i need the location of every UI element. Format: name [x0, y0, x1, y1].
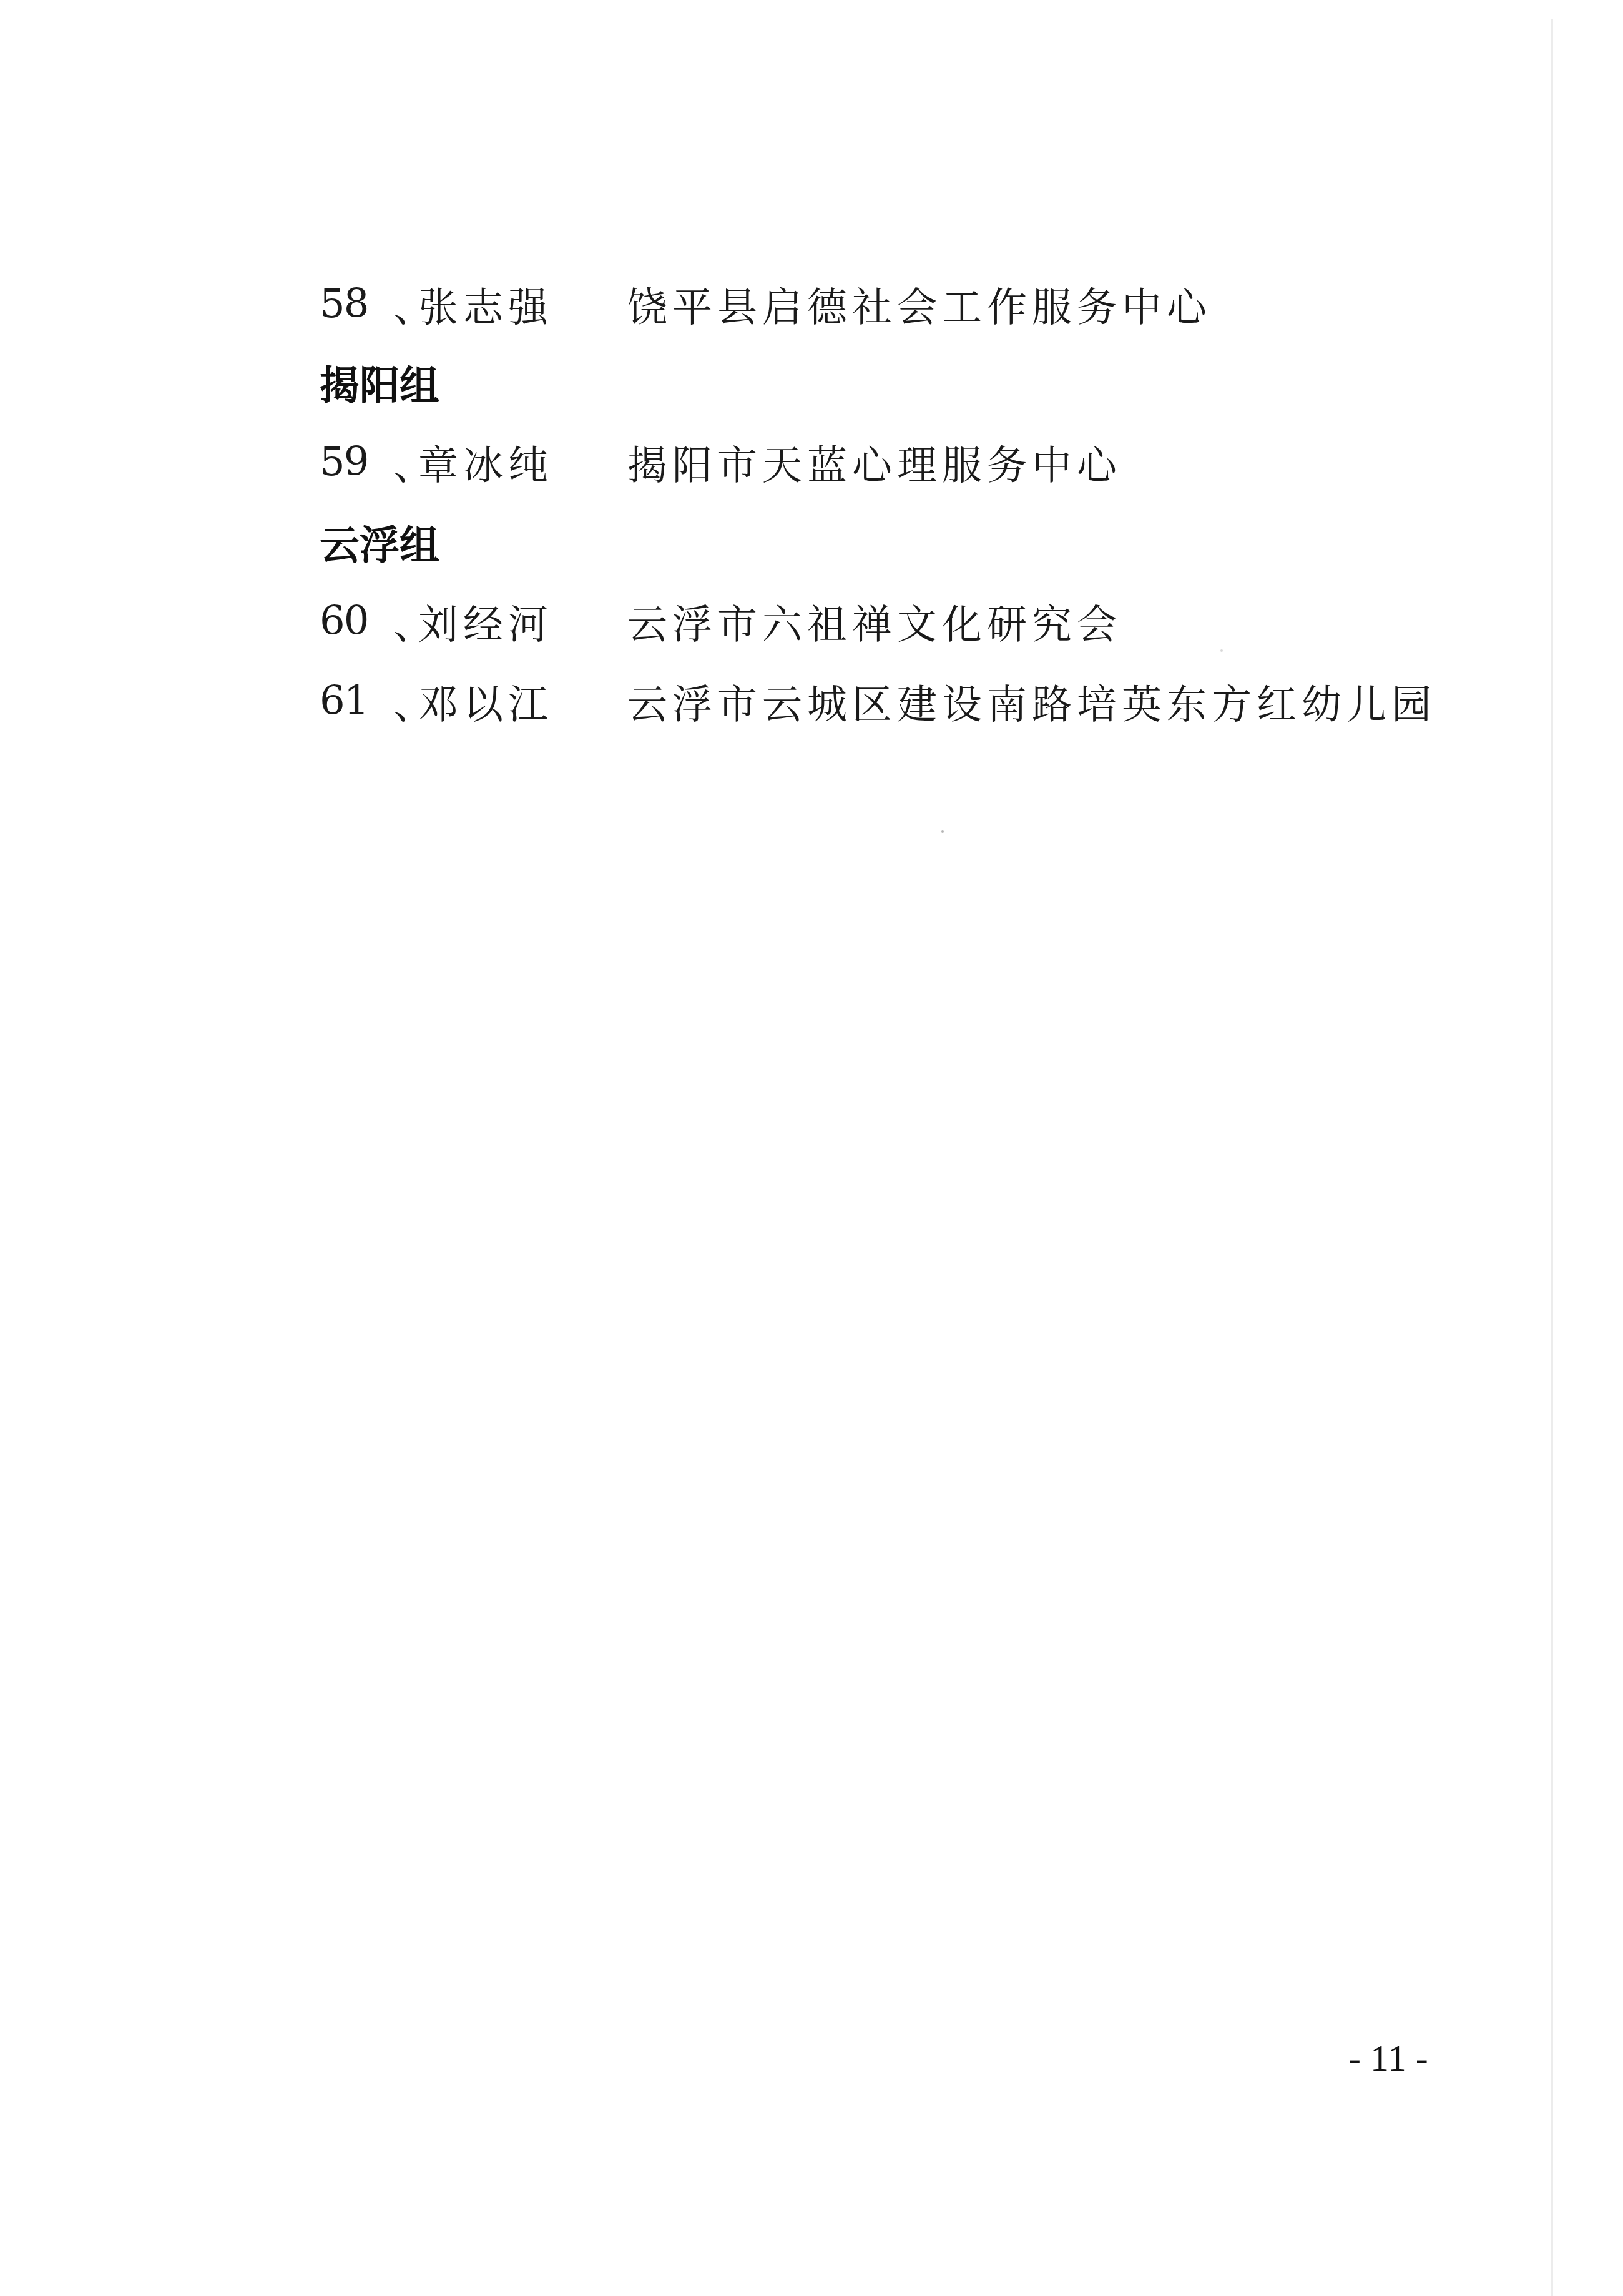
entry-organization: 云浮市六祖禅文化研究会 — [627, 593, 1122, 650]
list-entry-58: 58 、 张志强 饶平县启德社会工作服务中心 — [320, 273, 1212, 335]
scan-speck — [1220, 649, 1223, 652]
entry-separator: 、 — [393, 275, 418, 333]
entry-organization: 云浮市云城区建设南路培英东方红幼儿园 — [627, 673, 1436, 730]
group-heading-yunfu: 云浮组 — [320, 511, 439, 573]
entry-separator: 、 — [393, 433, 418, 491]
entry-name: 邓以江 — [418, 673, 627, 730]
entry-separator: 、 — [393, 593, 418, 650]
entry-number: 58 — [320, 281, 393, 327]
scan-edge-line — [1551, 19, 1553, 2296]
page-number: - 11 - — [1348, 2037, 1428, 2080]
group-heading-jieyang: 揭阳组 — [320, 351, 439, 413]
entry-name: 章冰纯 — [418, 433, 627, 491]
entry-name: 刘经河 — [418, 593, 627, 650]
list-entry-59: 59 、 章冰纯 揭阳市天蓝心理服务中心 — [320, 431, 1122, 493]
entry-number: 59 — [320, 439, 393, 485]
entry-organization: 揭阳市天蓝心理服务中心 — [627, 433, 1122, 491]
list-entry-61: 61 、 邓以江 云浮市云城区建设南路培英东方红幼儿园 — [320, 670, 1436, 732]
entry-number: 61 — [320, 678, 393, 724]
document-page: 58 、 张志强 饶平县启德社会工作服务中心 揭阳组 59 、 章冰纯 揭阳市天… — [0, 0, 1623, 2296]
entry-organization: 饶平县启德社会工作服务中心 — [627, 275, 1212, 333]
entry-number: 60 — [320, 598, 393, 644]
entry-separator: 、 — [393, 673, 418, 730]
entry-name: 张志强 — [418, 275, 627, 333]
scan-speck — [941, 830, 944, 833]
list-entry-60: 60 、 刘经河 云浮市六祖禅文化研究会 — [320, 590, 1122, 653]
